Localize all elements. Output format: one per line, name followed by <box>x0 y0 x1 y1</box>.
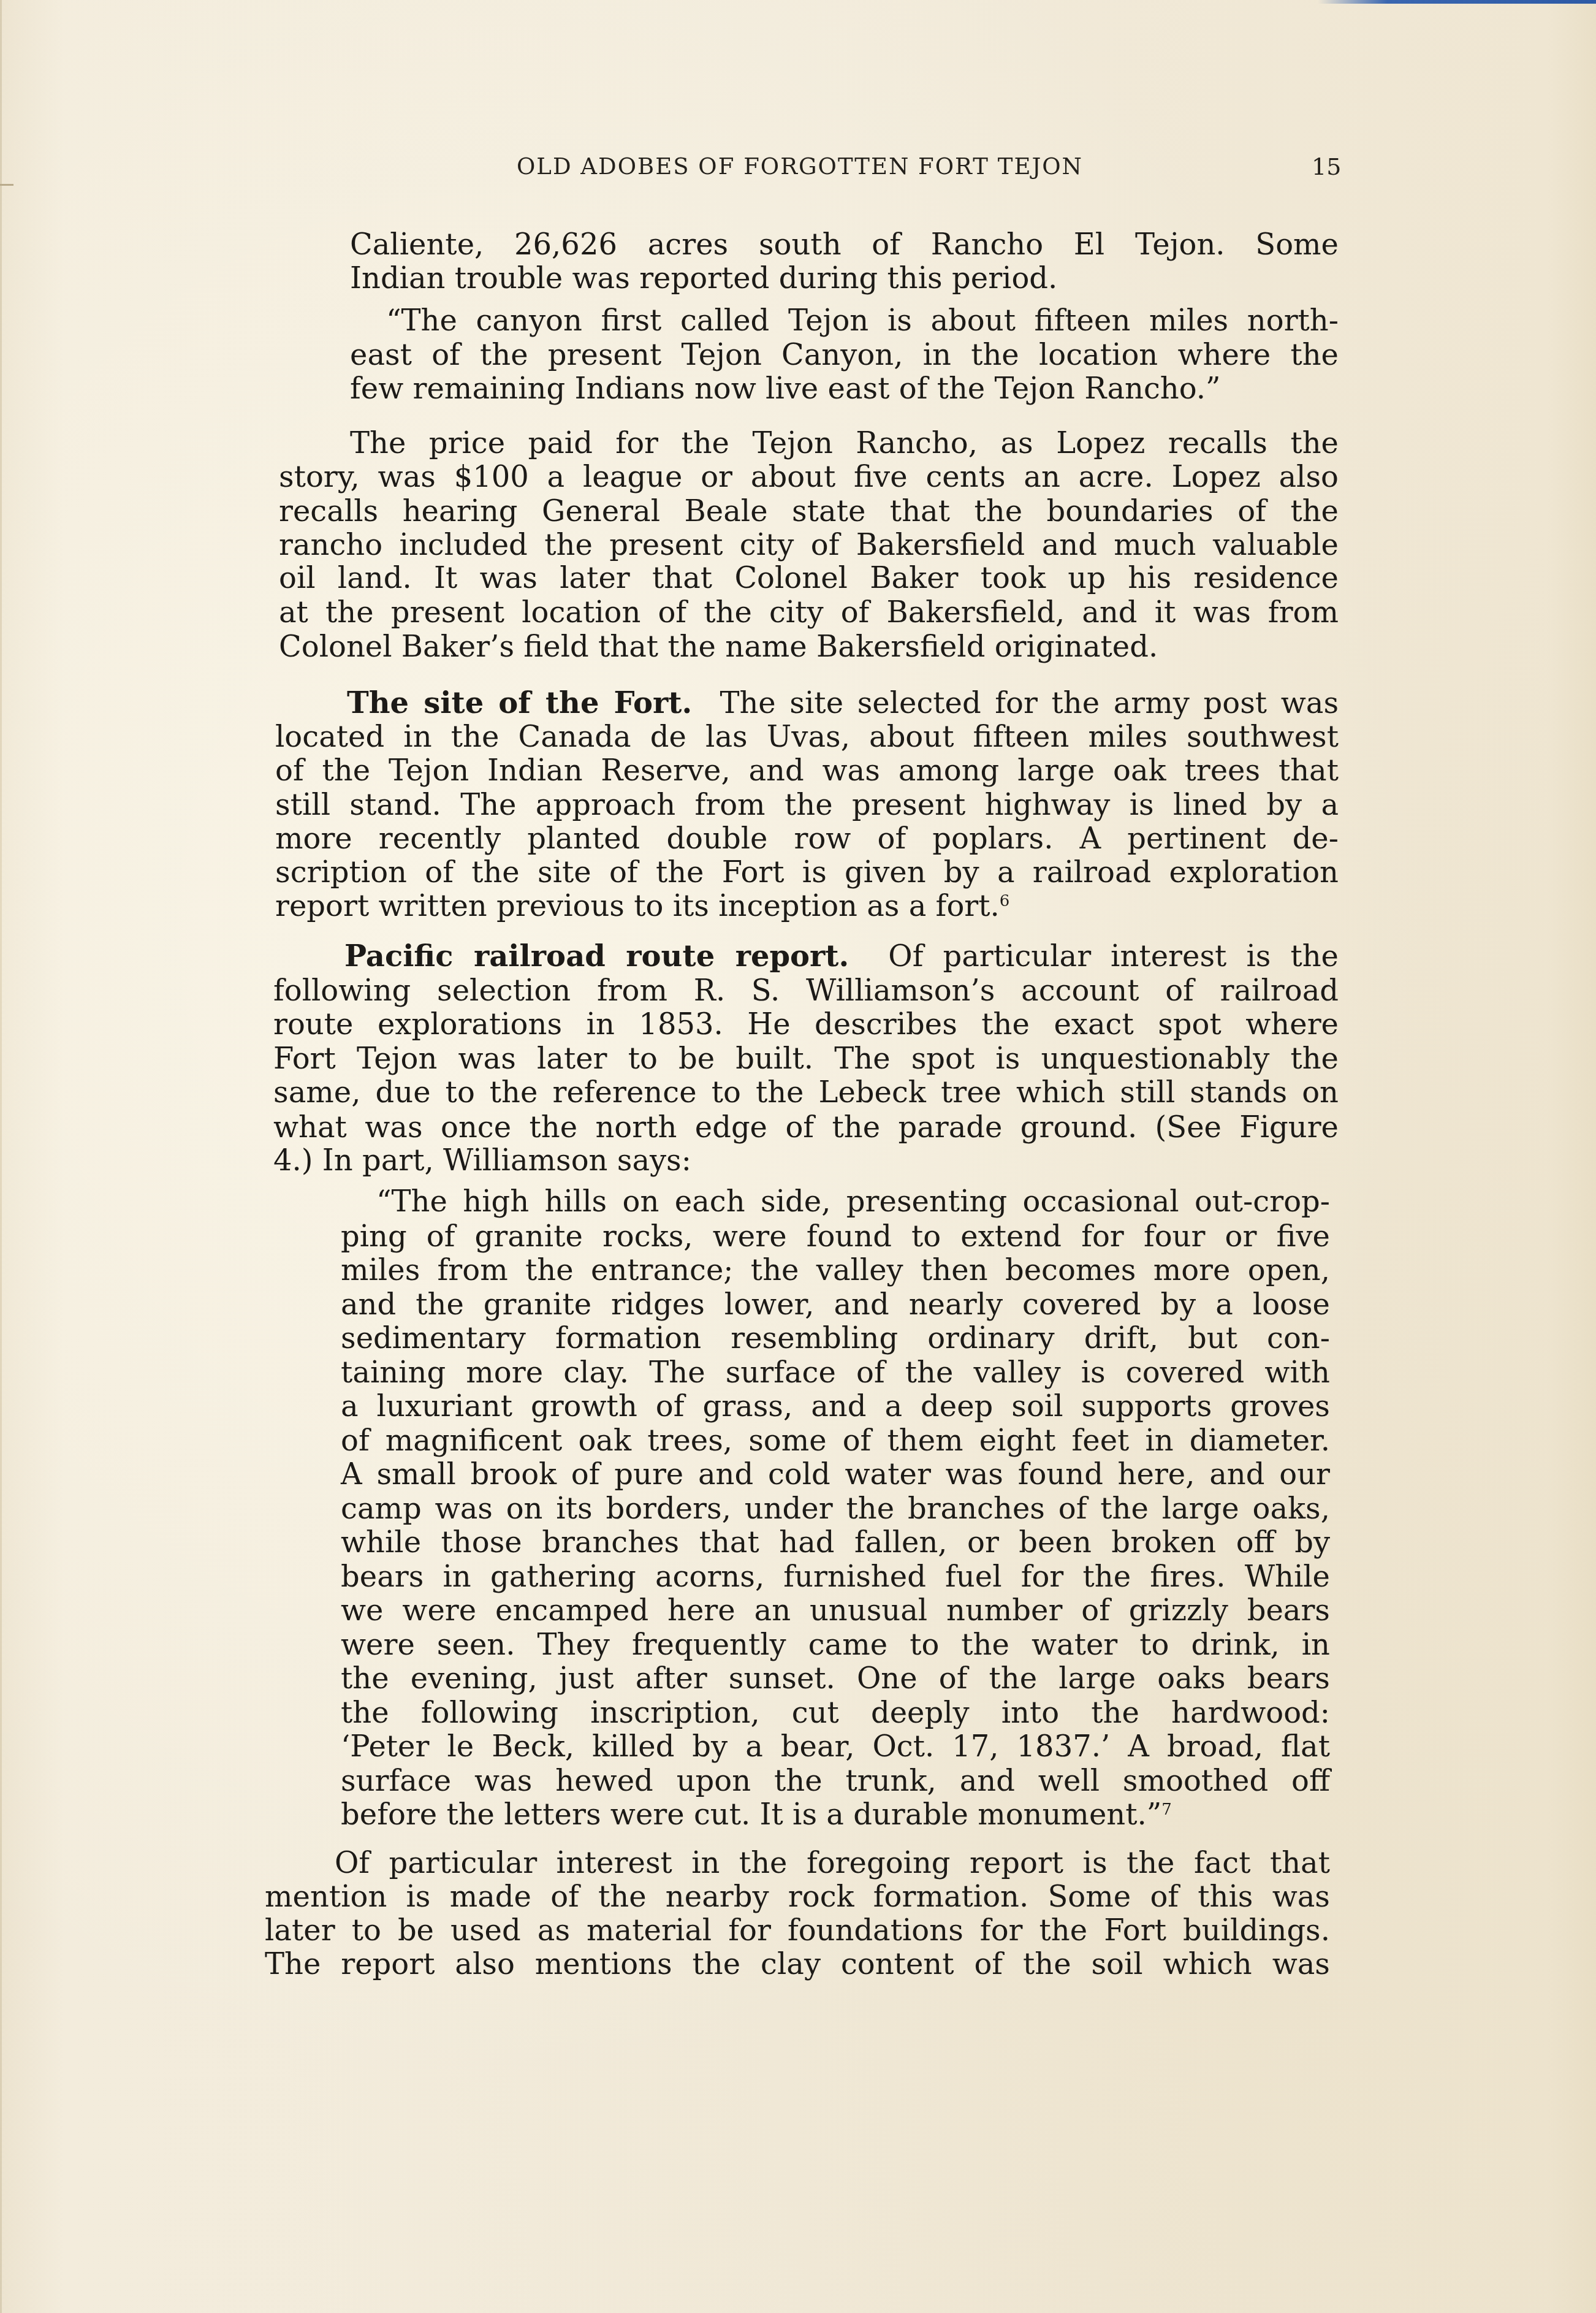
section-heading-site: The site of the Fort. <box>347 686 692 720</box>
text-line: miles from the entrance; the valley then… <box>341 1254 1330 1287</box>
text-line: were seen. They frequently came to the w… <box>341 1628 1330 1662</box>
scan-edge-strip <box>1318 0 1596 4</box>
text-line: The report also mentions the clay conten… <box>265 1948 1330 1981</box>
text-line: sedimentary formation resembling ordinar… <box>341 1322 1330 1355</box>
text-line: Caliente, 26,626 acres south of Rancho E… <box>350 228 1339 262</box>
text-line: the following inscription, cut deeply in… <box>341 1696 1330 1730</box>
binding-edge <box>0 0 2 2313</box>
text-line: rancho included the present city of Bake… <box>279 528 1339 562</box>
text-line: of the Tejon Indian Reserve, and was amo… <box>275 754 1339 788</box>
text-line: of magnificent oak trees, some of them e… <box>341 1424 1330 1458</box>
text-line: bears in gathering acorns, furnished fue… <box>341 1560 1330 1594</box>
binding-mark <box>0 184 13 186</box>
text-line: located in the Canada de las Uvas, about… <box>275 720 1339 754</box>
text-line: scription of the site of the Fort is giv… <box>275 856 1339 890</box>
text-line: Colonel Baker’s field that the name Bake… <box>279 630 1339 664</box>
text-line: ping of granite rocks, were found to ext… <box>341 1220 1330 1254</box>
text-line: a luxuriant growth of grass, and a deep … <box>341 1390 1330 1423</box>
page-number: 15 <box>1312 153 1341 180</box>
text-line: surface was hewed upon the trunk, and we… <box>341 1764 1330 1798</box>
running-head: OLD ADOBES OF FORGOTTEN FORT TEJON <box>466 153 1134 180</box>
text-line: route explorations in 1853. He describes… <box>273 1008 1339 1042</box>
text-line: the evening, just after sunset. One of t… <box>341 1662 1330 1696</box>
text-line: Of particular interest in the foregoing … <box>335 1846 1330 1880</box>
text-line: same, due to the reference to the Lebeck… <box>273 1076 1339 1110</box>
text-line: later to be used as material for foundat… <box>265 1914 1330 1948</box>
text-line: A small brook of pure and cold water was… <box>341 1458 1330 1492</box>
text-line: we were encamped here an unusual number … <box>341 1594 1330 1628</box>
footnote-marker: 6 <box>1000 892 1010 910</box>
text-line: “The high hills on each side, presenting… <box>376 1185 1330 1219</box>
text-line: before the letters were cut. It is a dur… <box>341 1798 1330 1832</box>
text-line: 4.) In part, Williamson says: <box>273 1144 1339 1178</box>
text-line: Fort Tejon was later to be built. The sp… <box>273 1042 1339 1076</box>
text-line: still stand. The approach from the prese… <box>275 788 1339 822</box>
text-line: few remaining Indians now live east of t… <box>350 372 1339 406</box>
text-line: taining more clay. The surface of the va… <box>341 1356 1330 1390</box>
text-line: The price paid for the Tejon Rancho, as … <box>350 427 1339 460</box>
text-line: camp was on its borders, under the branc… <box>341 1492 1330 1526</box>
text-line: “The canyon first called Tejon is about … <box>386 304 1339 338</box>
text-line: recalls hearing General Beale state that… <box>279 495 1339 528</box>
text-line: oil land. It was later that Colonel Bake… <box>279 562 1339 595</box>
text-line: report written previous to its inception… <box>275 890 1339 923</box>
text-line: while those branches that had fallen, or… <box>341 1526 1330 1560</box>
text-line: more recently planted double row of popl… <box>275 822 1339 856</box>
text-line: Pacific railroad route report. Of partic… <box>344 940 1339 974</box>
text-line: what was once the north edge of the para… <box>273 1111 1339 1145</box>
text-line: Indian trouble was reported during this … <box>350 262 1339 295</box>
section-heading-railroad: Pacific railroad route report. <box>344 939 849 974</box>
text-line: mention is made of the nearby rock forma… <box>265 1880 1330 1914</box>
text-line: The site of the Fort. The site selected … <box>347 687 1339 720</box>
text-line: story, was $100 a league or about five c… <box>279 460 1339 494</box>
text-line: east of the present Tejon Canyon, in the… <box>350 338 1339 372</box>
footnote-marker: 7 <box>1161 1800 1172 1819</box>
text-line: and the granite ridges lower, and nearly… <box>341 1288 1330 1322</box>
text-line: ‘Peter le Beck, killed by a bear, Oct. 1… <box>341 1730 1330 1764</box>
text-line: at the present location of the city of B… <box>279 596 1339 630</box>
text-line: following selection from R. S. Williamso… <box>273 974 1339 1008</box>
